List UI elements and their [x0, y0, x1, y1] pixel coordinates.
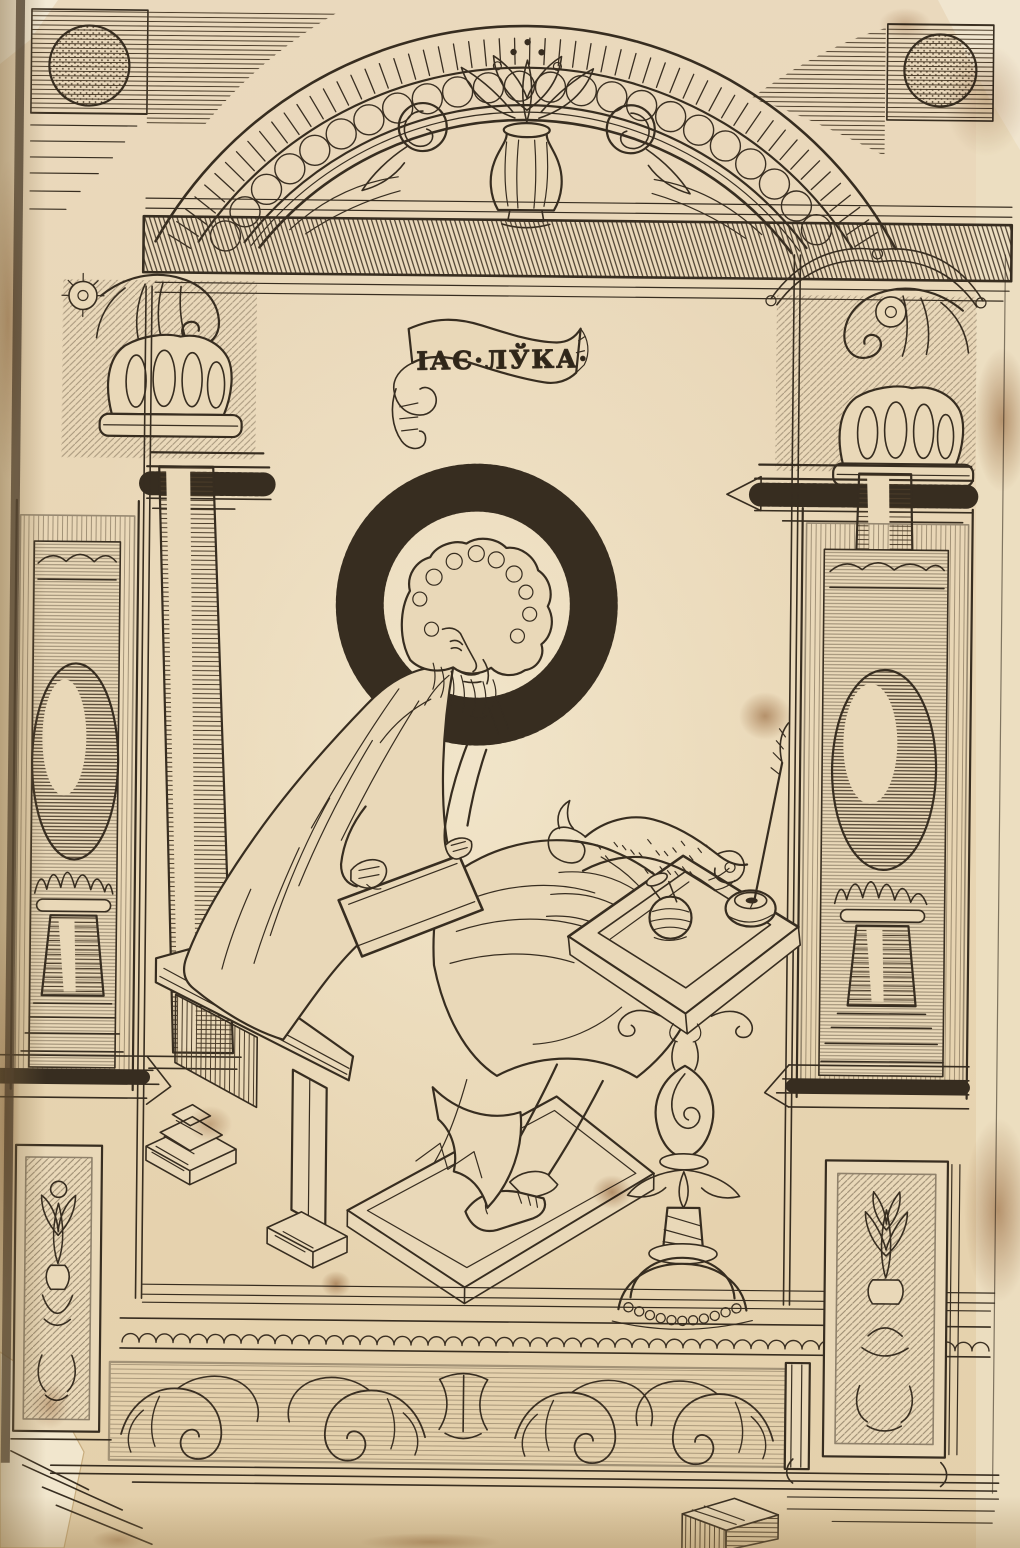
panel-vase-icon — [868, 1280, 903, 1304]
banner-inscription: ІАЄ·ЛЎКА· — [416, 342, 589, 376]
bottom-frieze — [109, 1362, 786, 1467]
corner-roundel-icon — [49, 25, 130, 106]
right-pedestal — [797, 508, 973, 1099]
inkwell — [725, 890, 775, 927]
right-pedestal-panel — [823, 1160, 960, 1457]
woodcut-engraving: ІАЄ·ЛЎКА· — [0, 0, 1020, 1548]
scanned-book-page: ІАЄ·ЛЎКА· — [0, 0, 1020, 1548]
left-capital — [60, 273, 257, 459]
panel-vase-icon — [46, 1265, 69, 1289]
rosette-icon — [876, 297, 906, 327]
